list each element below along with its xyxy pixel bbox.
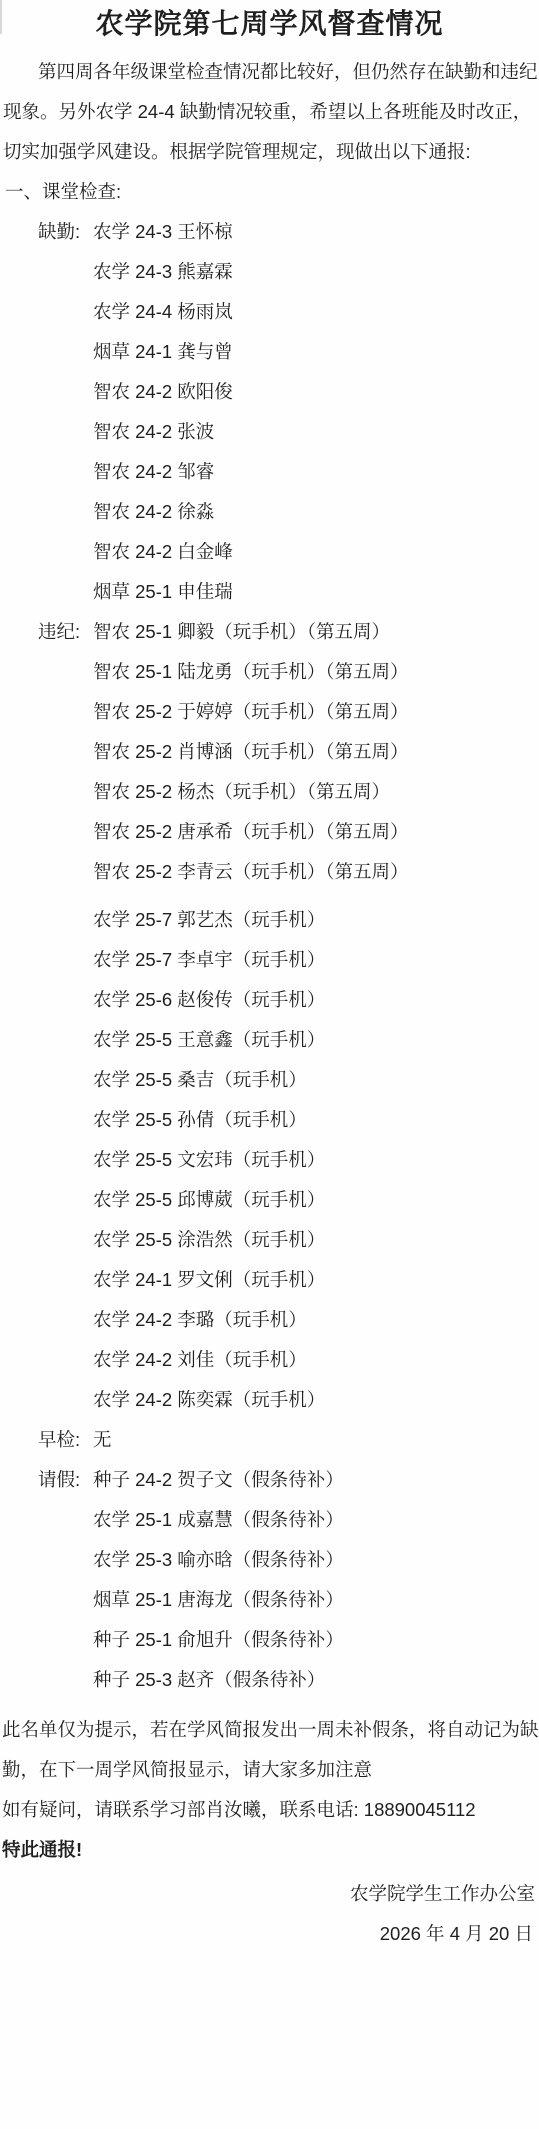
list-item: 智农 24-2 张波 <box>93 412 539 452</box>
morning-check-label: 早检: <box>38 1420 80 1460</box>
list-item: 农学 25-5 桑吉（玩手机） <box>93 1060 539 1100</box>
list-item: 农学 25-5 文宏玮（玩手机） <box>93 1140 539 1180</box>
violation-section: 违纪: 智农 25-1 卿毅（玩手机）（第五周）智农 25-1 陆龙勇（玩手机）… <box>0 612 539 1420</box>
list-item: 智农 25-2 唐承希（玩手机）（第五周） <box>93 812 539 852</box>
list-item: 农学 25-5 王意鑫（玩手机） <box>93 1020 539 1060</box>
list-item: 农学 25-3 喻亦晗（假条待补） <box>93 1540 539 1580</box>
list-item: 智农 25-1 陆龙勇（玩手机）（第五周） <box>93 652 539 692</box>
list-item: 农学 25-7 郭艺杰（玩手机） <box>93 900 539 940</box>
list-item: 农学 24-2 李璐（玩手机） <box>93 1300 539 1340</box>
list-item: 农学 25-5 邱博葳（玩手机） <box>93 1180 539 1220</box>
list-item: 烟草 24-1 龚与曾 <box>93 332 539 372</box>
closing-statement: 特此通报! <box>0 1830 539 1870</box>
list-item: 智农 25-1 卿毅（玩手机）（第五周） <box>93 612 539 652</box>
list-item: 农学 25-1 成嘉慧（假条待补） <box>93 1500 539 1540</box>
list-item: 种子 25-3 赵齐（假条待补） <box>93 1660 539 1700</box>
absent-section: 缺勤: 农学 24-3 王怀椋农学 24-3 熊嘉霖农学 24-4 杨雨岚烟草 … <box>0 212 539 612</box>
page-title: 农学院第七周学风督查情况 <box>0 4 539 44</box>
leave-section: 请假: 种子 24-2 贺子文（假条待补）农学 25-1 成嘉慧（假条待补）农学… <box>0 1460 539 1700</box>
notice-line: 此名单仅为提示，若在学风简报发出一周未补假条，将自动记为缺 <box>0 1710 539 1750</box>
list-item: 智农 25-2 于婷婷（玩手机）（第五周） <box>93 692 539 732</box>
photo-edge-artifact <box>0 0 2 34</box>
violation-label: 违纪: <box>38 612 80 652</box>
list-item: 农学 24-3 熊嘉霖 <box>93 252 539 292</box>
list-item: 智农 25-2 李青云（玩手机）（第五周） <box>93 852 539 892</box>
notice-paragraph: 此名单仅为提示，若在学风简报发出一周未补假条，将自动记为缺勤，在下一周学风简报显… <box>0 1710 539 1790</box>
contact-line: 如有疑问，请联系学习部肖汝曦，联系电话: 18890045112 <box>0 1790 539 1830</box>
list-item: 智农 24-2 徐淼 <box>93 492 539 532</box>
notice-line: 勤，在下一周学风简报显示，请大家多加注意 <box>0 1750 539 1790</box>
list-item: 智农 25-2 肖博涵（玩手机）（第五周） <box>93 732 539 772</box>
absent-label: 缺勤: <box>38 212 80 252</box>
leave-list: 种子 24-2 贺子文（假条待补）农学 25-1 成嘉慧（假条待补）农学 25-… <box>93 1460 539 1700</box>
list-item: 种子 24-2 贺子文（假条待补） <box>93 1460 539 1500</box>
notice-document: 农学院第七周学风督查情况 第四周各年级课堂检查情况都比较好，但仍然存在缺勤和违纪… <box>0 0 539 2129</box>
section-heading: 一、课堂检查: <box>0 172 539 212</box>
list-item: 农学 24-3 王怀椋 <box>93 212 539 252</box>
list-item: 农学 24-2 刘佳（玩手机） <box>93 1340 539 1380</box>
list-item: 农学 25-6 赵俊传（玩手机） <box>93 980 539 1020</box>
list-item: 农学 25-7 李卓宇（玩手机） <box>93 940 539 980</box>
intro-line: 第四周各年级课堂检查情况都比较好，但仍然存在缺勤和违纪 <box>0 52 539 92</box>
date: 2026 年 4 月 20 日 <box>0 1914 539 1954</box>
morning-check-value: 无 <box>93 1420 539 1460</box>
list-item: 农学 25-5 孙倩（玩手机） <box>93 1100 539 1140</box>
morning-check-section: 早检: 无 <box>0 1420 539 1460</box>
list-item: 智农 25-2 杨杰（玩手机）（第五周） <box>93 772 539 812</box>
list-item: 烟草 25-1 唐海龙（假条待补） <box>93 1580 539 1620</box>
list-item: 种子 25-1 俞旭升（假条待补） <box>93 1620 539 1660</box>
intro-paragraph: 第四周各年级课堂检查情况都比较好，但仍然存在缺勤和违纪现象。另外农学 24-4 … <box>0 52 539 172</box>
list-item: 农学 25-5 涂浩然（玩手机） <box>93 1220 539 1260</box>
list-item: 农学 24-1 罗文俐（玩手机） <box>93 1260 539 1300</box>
list-item: 农学 24-4 杨雨岚 <box>93 292 539 332</box>
violation-other-list: 农学 25-7 郭艺杰（玩手机）农学 25-7 李卓宇（玩手机）农学 25-6 … <box>93 900 539 1420</box>
absent-list: 农学 24-3 王怀椋农学 24-3 熊嘉霖农学 24-4 杨雨岚烟草 24-1… <box>93 212 539 612</box>
intro-line: 现象。另外农学 24-4 缺勤情况较重，希望以上各班能及时改正， <box>0 92 539 132</box>
list-item: 智农 24-2 邹睿 <box>93 452 539 492</box>
signature: 农学院学生工作办公室 <box>0 1874 539 1914</box>
leave-label: 请假: <box>38 1460 80 1500</box>
violation-weekly-list: 智农 25-1 卿毅（玩手机）（第五周）智农 25-1 陆龙勇（玩手机）（第五周… <box>93 612 539 892</box>
list-item: 农学 24-2 陈奕霖（玩手机） <box>93 1380 539 1420</box>
list-item: 智农 24-2 白金峰 <box>93 532 539 572</box>
list-item: 烟草 25-1 申佳瑞 <box>93 572 539 612</box>
list-item: 智农 24-2 欧阳俊 <box>93 372 539 412</box>
intro-line: 切实加强学风建设。根据学院管理规定，现做出以下通报: <box>0 132 539 172</box>
